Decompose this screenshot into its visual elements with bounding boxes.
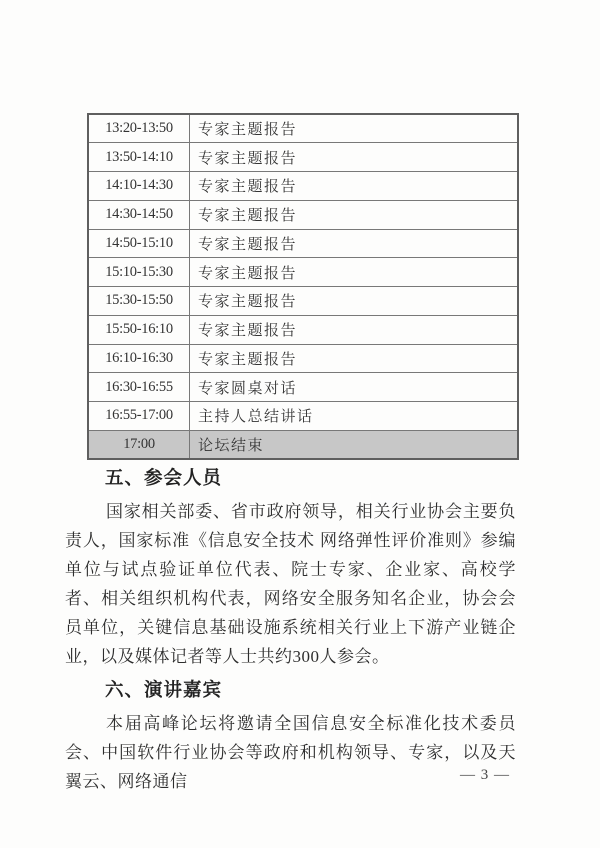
table-row: 14:50-15:10 专家主题报告 <box>88 229 518 258</box>
schedule-activity: 专家主题报告 <box>190 315 519 344</box>
schedule-time: 15:50-16:10 <box>88 315 190 344</box>
schedule-time: 14:30-14:50 <box>88 200 190 229</box>
schedule-time: 15:30-15:50 <box>88 287 190 316</box>
section-heading-participants: 五、参会人员 <box>105 464 516 490</box>
schedule-activity: 专家圆桌对话 <box>190 373 519 402</box>
schedule-time: 13:20-13:50 <box>88 114 190 143</box>
schedule-activity: 论坛结束 <box>190 430 519 459</box>
schedule-time: 15:10-15:30 <box>88 258 190 287</box>
table-row: 14:10-14:30 专家主题报告 <box>88 172 518 201</box>
schedule-activity: 专家主题报告 <box>190 229 519 258</box>
speakers-paragraph: 本届高峰论坛将邀请全国信息安全标准化技术委员会、中国软件行业协会等政府和机构领导… <box>65 709 516 796</box>
schedule-activity: 专家主题报告 <box>190 114 519 143</box>
schedule-activity: 主持人总结讲话 <box>190 402 519 431</box>
schedule-time: 13:50-14:10 <box>88 143 190 172</box>
table-row: 16:55-17:00 主持人总结讲话 <box>88 402 518 431</box>
schedule-time: 14:10-14:30 <box>88 172 190 201</box>
table-row: 15:50-16:10 专家主题报告 <box>88 315 518 344</box>
schedule-activity: 专家主题报告 <box>190 143 519 172</box>
schedule-time: 17:00 <box>88 430 190 459</box>
table-row: 16:30-16:55 专家圆桌对话 <box>88 373 518 402</box>
table-row: 15:10-15:30 专家主题报告 <box>88 258 518 287</box>
schedule-activity: 专家主题报告 <box>190 258 519 287</box>
schedule-activity: 专家主题报告 <box>190 172 519 201</box>
table-row: 14:30-14:50 专家主题报告 <box>88 200 518 229</box>
schedule-activity: 专家主题报告 <box>190 200 519 229</box>
page-body: 五、参会人员 国家相关部委、省市政府领导，相关行业协会主要负责人，国家标准《信息… <box>65 459 516 799</box>
schedule-time: 16:55-17:00 <box>88 402 190 431</box>
section-heading-speakers: 六、演讲嘉宾 <box>105 676 516 702</box>
schedule-table: 13:20-13:50 专家主题报告 13:50-14:10 专家主题报告 14… <box>87 113 519 460</box>
schedule-time: 14:50-15:10 <box>88 229 190 258</box>
table-row: 15:30-15:50 专家主题报告 <box>88 287 518 316</box>
table-row: 16:10-16:30 专家主题报告 <box>88 344 518 373</box>
schedule-activity: 专家主题报告 <box>190 344 519 373</box>
document-page: 13:20-13:50 专家主题报告 13:50-14:10 专家主题报告 14… <box>0 0 600 848</box>
table-row: 13:20-13:50 专家主题报告 <box>88 114 518 143</box>
page-number: — 3 — <box>460 767 510 784</box>
schedule-time: 16:30-16:55 <box>88 373 190 402</box>
schedule-activity: 专家主题报告 <box>190 287 519 316</box>
table-row-forum-end: 17:00 论坛结束 <box>88 430 518 459</box>
participants-paragraph: 国家相关部委、省市政府领导，相关行业协会主要负责人，国家标准《信息安全技术 网络… <box>65 497 516 671</box>
table-row: 13:50-14:10 专家主题报告 <box>88 143 518 172</box>
schedule-time: 16:10-16:30 <box>88 344 190 373</box>
